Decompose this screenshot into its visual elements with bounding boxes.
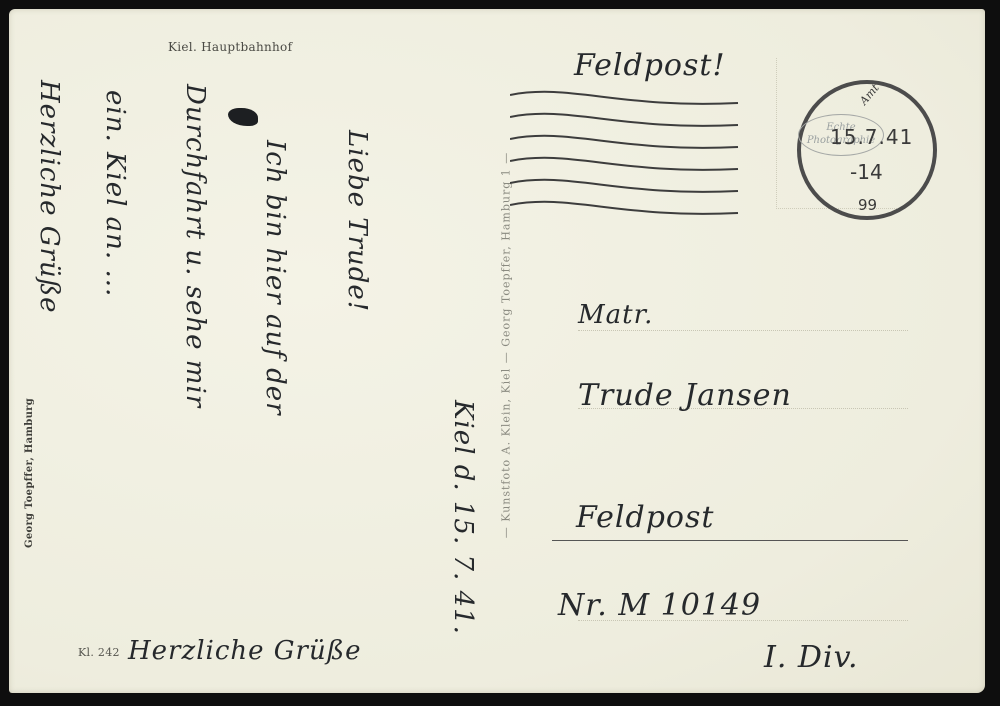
recipient-line-4: Nr. M 10149 (558, 588, 761, 623)
postmark-date: 15.7.41 (830, 125, 913, 149)
message-line-4: ein. Kiel an. ... (100, 90, 130, 297)
recipient-line-2: Trude Jansen (578, 378, 792, 413)
postmark-time: -14 (850, 160, 883, 184)
address-line (578, 330, 908, 331)
message-line-1: Liebe Trude! (342, 130, 372, 312)
recipient-line-3: Feldpost (576, 500, 714, 535)
place-date: Kiel d. 15. 7. 41. (448, 400, 478, 635)
address-underline (552, 540, 908, 541)
cancellation-waves-icon (510, 85, 740, 225)
recipient-line-5: I. Div. (764, 640, 859, 675)
postmark-code: 99 (858, 196, 877, 214)
message-line-5: Herzliche Grüße (34, 80, 64, 313)
message-line-2: Ich bin hier auf der (260, 140, 290, 416)
message-bottom-line: Herzliche Grüße (128, 636, 361, 666)
publisher-credit: Georg Toepffer, Hamburg (24, 398, 35, 548)
printed-title: Kiel. Hauptbahnhof (168, 40, 292, 54)
card-number: Kl. 242 (78, 646, 120, 659)
recipient-line-1: Matr. (578, 300, 653, 330)
feldpost-header: Feldpost! (574, 48, 726, 83)
message-line-3: Durchfahrt u. sehe mir (180, 84, 210, 408)
